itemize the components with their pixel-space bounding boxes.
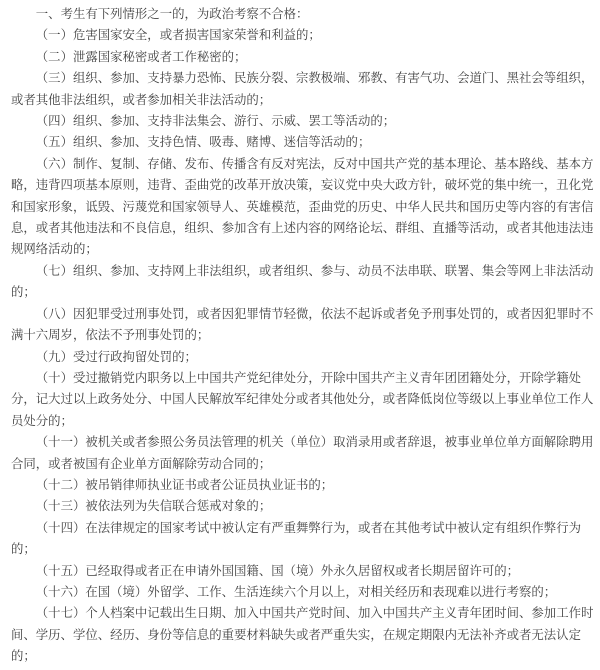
clause-paragraph-13: （十三）被依法列为失信联合惩戒对象的； [11, 495, 595, 516]
document-page: 一、考生有下列情形之一的，为政治考察不合格： （一）危害国家安全，或者损害国家荣… [0, 0, 600, 670]
clause-paragraph-9: （九）受过行政拘留处罚的； [11, 346, 595, 367]
clause-paragraph-2: （二）泄露国家秘密或者工作秘密的； [11, 46, 595, 67]
clause-paragraph-3: （三）组织、参加、支持暴力恐怖、民族分裂、宗教极端、邪教、有害气功、会道门、黑社… [11, 67, 595, 110]
clause-paragraph-15: （十五）已经取得或者正在申请外国国籍、国（境）外永久居留权或者长期居留许可的； [11, 560, 595, 581]
clause-paragraph-8: （八）因犯罪受过刑事处罚，或者因犯罪情节轻微，依法不起诉或者免予刑事处罚的，或者… [11, 303, 595, 346]
clause-paragraph-5: （五）组织、参加、支持色情、吸毒、赌博、迷信等活动的； [11, 131, 595, 152]
clause-paragraph-4: （四）组织、参加、支持非法集会、游行、示威、罢工等活动的； [11, 110, 595, 131]
clause-paragraph-11: （十一）被机关或者参照公务员法管理的机关（单位）取消录用或者辞退，被事业单位单方… [11, 431, 595, 474]
clause-paragraph-12: （十二）被吊销律师执业证书或者公证员执业证书的； [11, 474, 595, 495]
clause-paragraph-16: （十六）在国（境）外留学、工作、生活连续六个月以上，对相关经历和表现难以进行考察… [11, 581, 595, 602]
clause-paragraph-6: （六）制作、复制、存储、发布、传播含有反对宪法，反对中国共产党的基本理论、基本路… [11, 153, 595, 260]
clause-paragraph-17: （十七）个人档案中记载出生日期、加入中国共产党时间、加入中国共产主义青年团时间、… [11, 602, 595, 666]
article-heading: 一、考生有下列情形之一的，为政治考察不合格： [11, 3, 595, 24]
clause-paragraph-10: （十）受过撤销党内职务以上中国共产党纪律处分，开除中国共产主义青年团团籍处分，开… [11, 367, 595, 431]
clause-paragraph-14: （十四）在法律规定的国家考试中被认定有严重舞弊行为，或者在其他考试中被认定有组织… [11, 517, 595, 560]
clause-paragraph-1: （一）危害国家安全，或者损害国家荣誉和利益的； [11, 24, 595, 45]
clause-paragraph-7: （七）组织、参加、支持网上非法组织，或者组织、参与、动员不法串联、联署、集会等网… [11, 260, 595, 303]
